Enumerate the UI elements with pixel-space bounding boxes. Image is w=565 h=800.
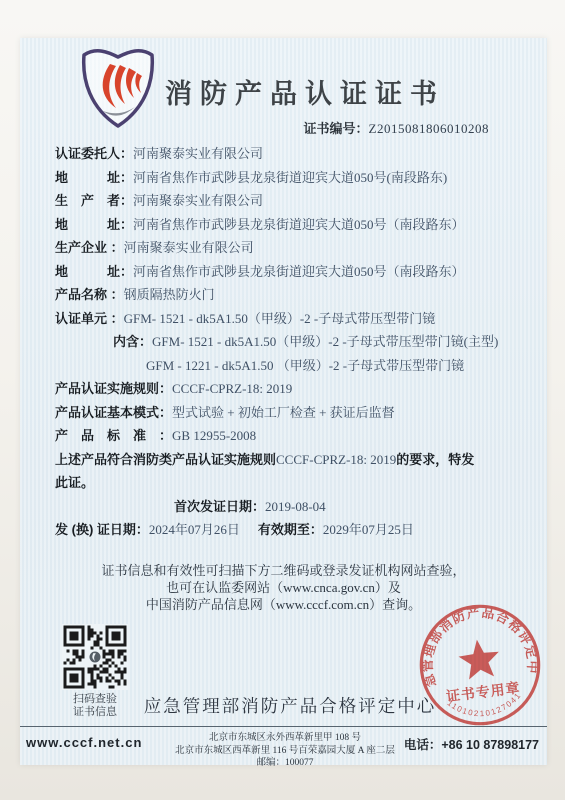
- qr-center-logo-icon: [88, 650, 102, 664]
- notice-line: 证书信息和有效性可扫描下方二维码或登录发证机构网站查验，: [20, 562, 547, 579]
- certificate-number-label: 证书编号：: [304, 121, 369, 136]
- field-label: 生 产 者：: [55, 193, 133, 208]
- field-cert-rule: 产品认证实施规则：CCCF-CPRZ-18: 2019: [55, 377, 523, 401]
- field-manufacturer: 生产企业 ：河南聚泰实业有限公司: [55, 236, 523, 260]
- field-value: 型式试验 + 初始工厂检查 + 获证后监督: [172, 405, 395, 420]
- footer-address: 北京市东城区永外西革新里甲 108 号 北京市东城区西革新里 116 号百荣嘉园…: [138, 732, 432, 770]
- field-value: GFM- 1521 - dk5A1.50（甲级）-2 -子母式带压型带门镜: [124, 311, 436, 326]
- field-label: 有效期至：: [258, 522, 323, 537]
- footer-postcode: 邮编：100077: [138, 757, 432, 770]
- field-label: 产品认证基本模式：: [55, 405, 172, 420]
- statement-line-1: 上述产品符合消防类产品认证实施规则CCCF-CPRZ-18: 2019的要求，特…: [55, 448, 523, 472]
- field-label: 认证单元 ：: [55, 311, 124, 326]
- qr-code: [62, 624, 128, 690]
- field-label: 产品认证实施规则：: [55, 381, 172, 396]
- field-label: 生产企业 ：: [55, 240, 124, 255]
- field-cert-unit: 认证单元 ：GFM- 1521 - dk5A1.50（甲级）-2 -子母式带压型…: [55, 307, 523, 331]
- issuing-org-name: 应急管理部消防产品合格评定中心: [132, 693, 448, 718]
- certificate-paper: 消防产品认证证书 证书编号：Z2015081806010208 认证委托人：河南…: [20, 38, 547, 765]
- field-value: 河南聚泰实业有限公司: [133, 146, 263, 161]
- footer-phone-value: +86 10 87898177: [441, 738, 539, 752]
- field-value: 河南省焦作市武陟县龙泉街道迎宾大道050号（南段路东）: [133, 217, 465, 232]
- field-address-2: 地 址：河南省焦作市武陟县龙泉街道迎宾大道050号（南段路东）: [55, 213, 523, 237]
- statement-text: 的要求，特发: [396, 452, 474, 467]
- field-contains-2: GFM - 1221 - dk5A1.50 （甲级）-2 -子母式带压型带门镜: [55, 354, 523, 378]
- field-value: CCCF-CPRZ-18: 2019: [172, 381, 292, 396]
- field-product-standard: 产 品 标 准 ：GB 12955-2008: [55, 424, 523, 448]
- field-label: 认证委托人：: [55, 146, 133, 161]
- statement-line-2: 此证。: [55, 471, 523, 495]
- statement-code: CCCF-CPRZ-18: 2019: [276, 452, 396, 467]
- footer-divider: [20, 726, 547, 727]
- field-label: 内含：: [113, 334, 152, 349]
- qr-caption-line: 扫码查验: [60, 693, 130, 706]
- field-producer: 生 产 者：河南聚泰实业有限公司: [55, 189, 523, 213]
- field-value: 河南聚泰实业有限公司: [133, 193, 263, 208]
- field-value: 河南省焦作市武陟县龙泉街道迎宾大道050号(南段路东): [133, 170, 447, 185]
- seal-star-icon: [457, 637, 502, 680]
- field-label: 地 址：: [55, 217, 133, 232]
- field-label: 地 址：: [55, 264, 133, 279]
- statement-text: 上述产品符合消防类产品认证实施规则: [55, 452, 276, 467]
- certificate-title: 消防产品认证证书: [140, 72, 470, 111]
- field-address-1: 地 址：河南省焦作市武陟县龙泉街道迎宾大道050号(南段路东): [55, 166, 523, 190]
- field-value: 2024年07月26日: [149, 522, 240, 537]
- field-product-name: 产品名称 ：钢质隔热防火门: [55, 283, 523, 307]
- statement-text: 此证。: [55, 475, 94, 490]
- footer-phone-label: 电话：: [404, 738, 442, 752]
- field-value: 河南聚泰实业有限公司: [124, 240, 254, 255]
- footer-website: www.cccf.net.cn: [26, 735, 142, 750]
- field-reissue-date: 发 (换) 证日期：2024年07月26日有效期至：2029年07月25日: [55, 518, 523, 542]
- field-label: 发 (换) 证日期：: [55, 522, 149, 537]
- field-contains-1: 内含：GFM- 1521 - dk5A1.50（甲级）-2 -子母式带压型带门镜…: [55, 330, 523, 354]
- field-value: GB 12955-2008: [172, 428, 256, 443]
- footer-phone: 电话：+86 10 87898177: [404, 735, 539, 753]
- field-label: 地 址：: [55, 170, 133, 185]
- notice-line: 也可在认监委网站（www.cnca.gov.cn）及: [20, 579, 547, 596]
- field-label: 产 品 标 准 ：: [55, 428, 172, 443]
- field-value: GFM - 1221 - dk5A1.50 （甲级）-2 -子母式带压型带门镜: [146, 358, 464, 373]
- qr-caption-line: 证书信息: [60, 706, 130, 719]
- field-value: 2029年07月25日: [323, 522, 414, 537]
- certificate-number: 证书编号：Z2015081806010208: [304, 118, 489, 137]
- field-value: GFM- 1521 - dk5A1.50（甲级）-2 -子母式带压型带门镜(主型…: [152, 334, 498, 349]
- certificate-number-value: Z2015081806010208: [369, 121, 489, 136]
- field-cert-mode: 产品认证基本模式：型式试验 + 初始工厂检查 + 获证后监督: [55, 401, 523, 425]
- field-value: 2019-08-04: [265, 499, 326, 514]
- certificate-fields: 认证委托人：河南聚泰实业有限公司 地 址：河南省焦作市武陟县龙泉街道迎宾大道05…: [55, 142, 523, 542]
- field-value: 钢质隔热防火门: [124, 287, 215, 302]
- qr-block: 扫码查验 证书信息: [60, 624, 130, 719]
- footer-address-line: 北京市东城区永外西革新里甲 108 号: [138, 732, 432, 745]
- svg-text:应急管理部消防产品合格评定中心: 应急管理部消防产品合格评定中心: [409, 594, 542, 691]
- field-applicant: 认证委托人：河南聚泰实业有限公司: [55, 142, 523, 166]
- seal-arc-text: 应急管理部消防产品合格评定中心: [409, 594, 542, 691]
- field-label: 首次发证日期：: [174, 499, 265, 514]
- field-value: 河南省焦作市武陟县龙泉街道迎宾大道050号（南段路东）: [133, 264, 465, 279]
- scan-background: { "colors":{"seal_red":"#d84b45","paper_…: [0, 0, 565, 800]
- footer-address-line: 北京市东城区西革新里 116 号百荣嘉园大厦 A 座二层: [138, 745, 432, 758]
- qr-caption: 扫码查验 证书信息: [60, 693, 130, 719]
- field-address-3: 地 址：河南省焦作市武陟县龙泉街道迎宾大道050号（南段路东）: [55, 260, 523, 284]
- field-first-issue-date: 首次发证日期：2019-08-04: [55, 495, 523, 519]
- certificate-seal: 应急管理部消防产品合格评定中心 证书专用章 11010210127041: [409, 594, 552, 737]
- field-label: 产品名称 ：: [55, 287, 124, 302]
